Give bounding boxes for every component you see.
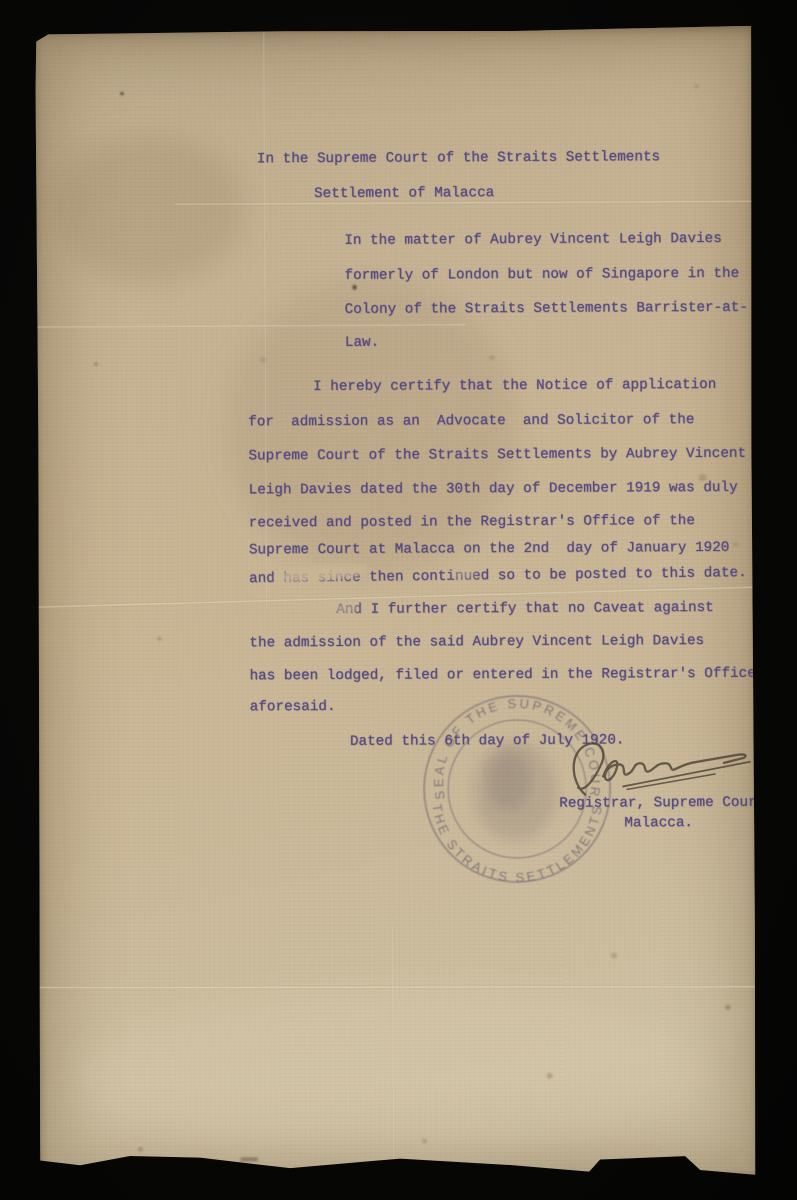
typed-line-body-2: for admission as an Advocate and Solicit… [248, 411, 694, 431]
typed-line-body-8: And I further certify that no Caveat aga… [336, 599, 714, 619]
scanned-document-page: THE SEAL OF THE SUPREME COURT OF THE STR… [0, 0, 797, 1200]
typed-line-body-10: has been lodged, filed or entered in the… [250, 665, 756, 686]
typed-line-body-6: Supreme Court at Malacca on the 2nd day … [249, 539, 730, 560]
signature-stroke [574, 743, 604, 794]
typed-line-matter-2: formerly of London but now of Singapore … [344, 265, 739, 285]
crease-line [36, 323, 466, 328]
aging-patch [79, 986, 700, 1159]
foxing-stain [733, 542, 739, 547]
foxing-stain [611, 952, 617, 958]
typed-line-body-11: aforesaid. [250, 698, 336, 716]
aging-patch [55, 133, 246, 284]
foxing-stain [422, 1138, 427, 1143]
foxing-stain [694, 84, 698, 88]
typed-line-body-5: received and posted in the Registrar's O… [249, 512, 695, 532]
foxing-stain [240, 1157, 258, 1161]
paper-sheet: THE SEAL OF THE SUPREME COURT OF THE STR… [34, 26, 758, 1180]
typed-line-body-4: Leigh Davies dated the 30th day of Decem… [249, 479, 738, 500]
foxing-stain [725, 1005, 730, 1010]
crease-line [391, 928, 395, 1178]
foxing-stain [94, 362, 98, 366]
foxing-stain [157, 637, 161, 641]
foxing-stain [138, 1147, 143, 1152]
typed-line-header-2: Settlement of Malacca [314, 184, 494, 203]
seal-center-emblem [487, 751, 531, 811]
foxing-stain [489, 355, 495, 360]
foxing-stain [547, 1073, 553, 1079]
typed-line-matter-4: Law. [345, 334, 379, 352]
typed-line-matter-3: Colony of the Straits Settlements Barris… [345, 299, 748, 319]
crease-line [39, 985, 757, 989]
foxing-stain [121, 92, 124, 95]
typed-line-body-7: and has since then continued so to be po… [249, 564, 747, 588]
typed-line-matter-1: In the matter of Aubrey Vincent Leigh Da… [344, 230, 722, 250]
typed-line-body-9: the admission of the said Aubrey Vincent… [249, 632, 704, 652]
foxing-stain [353, 285, 357, 290]
typed-line-body-1: I hereby certify that the Notice of appl… [313, 376, 716, 396]
foxing-stain [260, 357, 266, 362]
registrar-signature [563, 734, 773, 807]
typed-line-body-3: Supreme Court of the Straits Settlements… [248, 445, 746, 466]
signature-place-line: Malacca. [624, 814, 693, 832]
typed-line-header-1: In the Supreme Court of the Straits Sett… [257, 148, 660, 168]
